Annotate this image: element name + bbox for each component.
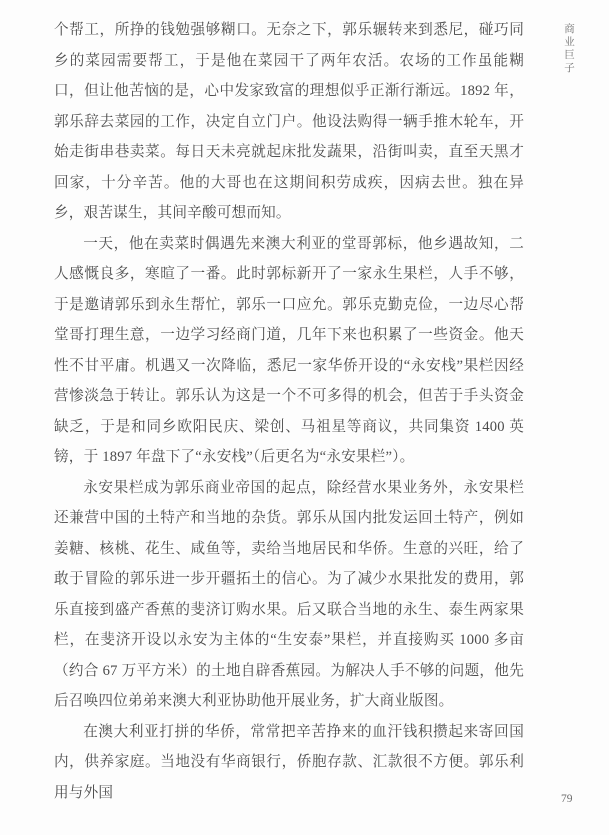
- paragraph-3: 永安果栏成为郭乐商业帝国的起点，除经营水果业务外，永安果栏还兼营中国的土特产和当…: [54, 473, 524, 717]
- body-text: 个帮工，所挣的钱勉强够糊口。无奈之下，郭乐辗转来到悉尼，碰巧同乡的菜园需要帮工，…: [54, 15, 524, 808]
- paragraph-2: 一天，他在卖菜时偶遇先来澳大利亚的堂哥郭标，他乡遇故知，二人感慨良多，寒暄了一番…: [54, 229, 524, 473]
- paragraph-1: 个帮工，所挣的钱勉强够糊口。无奈之下，郭乐辗转来到悉尼，碰巧同乡的菜园需要帮工，…: [54, 15, 524, 229]
- paragraph-4: 在澳大利亚打拼的华侨，常常把辛苦挣来的血汗钱积攒起来寄回国内，供养家庭。当地没有…: [54, 717, 524, 809]
- page-number: 79: [561, 793, 573, 805]
- book-page: 个帮工，所挣的钱勉强够糊口。无奈之下，郭乐辗转来到悉尼，碰巧同乡的菜园需要帮工，…: [0, 0, 609, 835]
- book-title-vertical: 商业巨子: [561, 23, 576, 75]
